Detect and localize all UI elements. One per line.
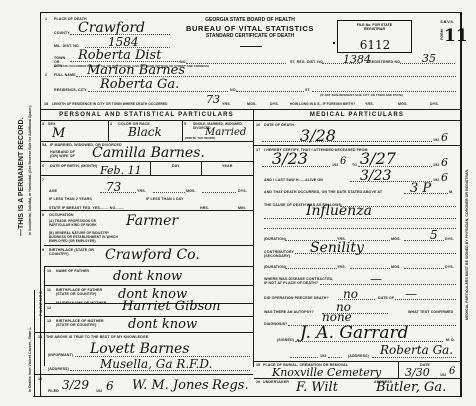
signed-date-line	[290, 357, 318, 358]
margin-medical-note: MEDICAL PARTICULARS MUST BE SIGNED BY PH…	[465, 169, 469, 320]
color-value: Black	[128, 125, 162, 139]
disease-contracted-value: —	[370, 272, 382, 286]
diagnosis-label: DIAGNOSIS?	[264, 322, 287, 326]
burial-top-rule	[254, 361, 460, 362]
physician-address-line	[372, 357, 456, 358]
dob-day-divider	[150, 161, 151, 175]
frame-right	[460, 12, 462, 397]
dob-label: DATE OF BIRTH, (MONTH)	[50, 164, 97, 168]
color-num: 4	[110, 122, 112, 126]
sbvs-label: S.B.V.S.	[435, 20, 459, 24]
father-num: 10	[47, 269, 51, 273]
operation-value: no	[343, 287, 358, 301]
county-value: Crawford	[78, 20, 145, 36]
marital-num: 5	[184, 122, 186, 126]
age-value: 73	[106, 180, 121, 194]
dod-label: DATE OF DEATH	[264, 123, 294, 127]
file-box-label: FILE No. FOR STATE REGISTRAR	[346, 23, 403, 31]
dod-year-label: 192	[433, 138, 439, 142]
filed-registrar: W. M. Jones	[132, 378, 209, 393]
last-saw-value: 3/23	[360, 168, 391, 184]
residence-st-label: ST.	[305, 88, 311, 92]
to-label: TO	[352, 163, 357, 167]
row3-rule	[40, 175, 253, 176]
less-than-1-label: IF LESS THAN 1 DAY	[146, 197, 184, 201]
margin-violent-causes: In Deaths from Violent Causes, State 1.	[28, 327, 32, 392]
mother-num: 12	[47, 306, 51, 310]
from-year-label: 192	[332, 163, 338, 167]
how-long-mos: MOS.	[398, 102, 408, 106]
row2-rule	[40, 161, 253, 162]
section-divider-top	[40, 109, 460, 110]
place-of-death-num: 1	[45, 17, 47, 21]
frame-left-inner	[34, 290, 35, 396]
length-value: 73	[206, 93, 220, 106]
header-line2: BUREAU OF VITAL STATISTICS	[180, 24, 320, 33]
filed-year: 6	[106, 379, 114, 393]
certify-num: 17	[256, 148, 260, 152]
last-saw-year-label: 192	[433, 178, 439, 182]
section-vertical-divider	[253, 109, 254, 367]
sex-divider	[108, 120, 109, 141]
age-mos-label: MOS.	[186, 189, 196, 193]
residence-note: (IF NOT NON-RESIDENT GIVE CITY OR TOWN A…	[320, 93, 403, 97]
undertaker-address-value: Butler, Ga.	[376, 380, 446, 395]
frame-left	[40, 12, 41, 397]
how-long-dys: DYS.	[430, 102, 439, 106]
signature: J. A. Garrard	[300, 323, 409, 343]
age-num: 7	[42, 178, 44, 182]
undertaker-value: F. Wilt	[296, 380, 338, 395]
row4-rule	[40, 210, 253, 211]
death-time-value: 3 P	[410, 181, 431, 196]
age-label: AGE	[49, 189, 57, 193]
medical-header-rule	[254, 120, 460, 121]
death-occurred-label: AND THAT DEATH OCCURRED, ON THE DATE STA…	[264, 190, 382, 194]
date-of-label: DATE OF	[378, 296, 394, 300]
informant-label: (INFORMANT)	[48, 353, 73, 357]
burial-year: 6	[449, 366, 455, 377]
death-time-m-label: M.	[449, 190, 453, 194]
operation-label: DID OPERATION PRECEDE DEATH?	[264, 296, 329, 300]
length-label: LENGTH OF RESIDENCE IN CITY OR TOWN WHER…	[52, 102, 168, 106]
attended-to-value: 3/27	[360, 149, 396, 168]
to-year: 6	[441, 156, 448, 169]
informant-num: 14	[38, 335, 42, 339]
burial-rule	[254, 378, 460, 379]
last-saw-year: 6	[441, 171, 448, 184]
informant-rule	[34, 374, 253, 375]
town-value: Roberta Dist	[78, 48, 161, 63]
cause-line-3	[264, 228, 456, 229]
sex-num: 3	[42, 122, 44, 126]
age-mos-line	[153, 192, 185, 193]
contributory-value: Senility	[310, 240, 364, 256]
industry-label: (b) GENERAL NATURE OF INDUSTRY BUSINESS …	[49, 231, 121, 243]
father-label: NAME OF FATHER	[56, 269, 89, 273]
filed-num: 15	[38, 377, 42, 381]
how-long-label: HOW LONG IN U.S., IF FOREIGN BIRTH?	[290, 102, 355, 106]
attended-from-value: 3/23	[272, 149, 308, 168]
margin-permanent-record: —THIS IS A PERMANENT RECORD.	[18, 118, 25, 237]
file-number: 6112	[353, 38, 397, 52]
duration2-yrs-label: YRS.	[337, 265, 346, 269]
frame-bottom	[33, 396, 461, 397]
margin-instruction: in Accidental, Suicidal, or Homicidal. (…	[28, 106, 32, 235]
length-dys-label: DYS.	[270, 102, 279, 106]
undertaker-num: 20	[256, 380, 260, 384]
duration-dys-line	[404, 240, 444, 241]
dod-rule	[254, 145, 460, 146]
full-name-num: 2	[45, 73, 47, 77]
mother-bp-label: BIRTHPLACE OF MOTHER (STATE OR COUNTRY)	[56, 319, 111, 327]
dob-num: 6	[42, 164, 44, 168]
county-label: COUNTY	[54, 31, 70, 35]
physician-address-label: (ADDRESS)	[348, 354, 369, 358]
mil-dist-label: MIL. DIST. NO.	[54, 44, 80, 48]
res-no-line	[236, 91, 304, 92]
undertaker-label: UNDERTAKER	[263, 380, 289, 384]
father-value: dont know	[113, 269, 182, 284]
burial-year-label: 192	[440, 373, 446, 377]
registered-no-label: REGISTERED No.	[369, 60, 401, 64]
duration-dys-label: DYS.	[445, 237, 454, 241]
informant-address-value: Musella, Ga R.F.D.	[100, 357, 212, 371]
filed-date: 3/29	[62, 378, 89, 392]
age-dys-label: DYS.	[238, 189, 247, 193]
spouse-label2: HUSBAND OF (OR) WIFE OF	[50, 150, 78, 158]
mother-bp-rule	[34, 332, 253, 333]
dod-num: 16	[256, 123, 260, 127]
autopsy-label: WAS THERE AN AUTOPSY?	[264, 310, 314, 314]
dod-year: 6	[441, 131, 448, 144]
length-num: 18	[44, 102, 48, 106]
mil-dist-value: 1584	[108, 35, 139, 49]
disease-contracted-line	[320, 284, 456, 285]
duration2-dys-label: DYS.	[445, 265, 454, 269]
filed-year-label: 192	[96, 389, 102, 393]
file-box-marker	[333, 42, 335, 44]
mother-bp-value: dont know	[128, 317, 197, 332]
birthplace-label: BIRTHPLACE (STATE OR COUNTRY)	[49, 248, 94, 256]
spouse-num: 5a	[42, 143, 47, 147]
father-bp-label: BIRTHPLACE OF FATHER (STATE OR COUNTRY)	[56, 288, 111, 296]
father-bp-num: 11	[47, 288, 51, 292]
dod-line	[262, 141, 432, 142]
spouse-value: Camilla Barnes.	[92, 145, 205, 161]
registered-no-value: 35	[422, 52, 436, 65]
header-rule	[240, 46, 262, 47]
to-year-label: 192	[433, 163, 439, 167]
header-line3: STANDARD CERTIFICATE OF DEATH	[190, 33, 310, 39]
row6-rule	[44, 266, 253, 267]
trade-label: (a) TRADE, PROFESSION OR PARTICULAR KIND…	[49, 219, 104, 227]
sex-value: M	[52, 126, 65, 141]
father-rule	[44, 285, 253, 286]
filed-label: FILED	[48, 389, 59, 393]
date-of-value: —	[405, 287, 417, 301]
signed-year-label: 192	[320, 354, 326, 358]
medical-section-title: MEDICAL PARTICULARS	[254, 112, 460, 118]
less-than-2-label: IF LESS THAN 2 YEARS	[49, 197, 92, 201]
st-reg-dist-label: ST. REG. DIST. No.	[290, 60, 324, 64]
age-dys-line	[202, 192, 236, 193]
from-year: 6	[340, 156, 346, 167]
form-number: 11	[444, 26, 460, 46]
personal-header-rule	[40, 120, 253, 121]
row5-rule	[44, 245, 253, 246]
duration2-label: (DURATION)	[264, 265, 286, 269]
color-divider	[182, 120, 183, 141]
st-reg-dist-value: 1384	[343, 53, 371, 66]
diagnosis-value: none	[322, 310, 352, 324]
duration2-yrs-line	[285, 268, 337, 269]
full-name-value: Marion Barnes	[87, 63, 185, 78]
res-st-line	[312, 91, 456, 92]
duration-mos-label: MOS.	[391, 237, 401, 241]
burial-date-divider	[398, 361, 399, 378]
birthplace-value: Crawford Co.	[105, 247, 200, 263]
test-confirmed-label: WHAT TEST CONFIRMED	[408, 310, 453, 314]
duration-days-value: 5	[430, 228, 438, 242]
residence-label: RESIDENCE, CITY	[54, 88, 87, 92]
duration2-mos-label: MOS.	[391, 265, 401, 269]
length-yrs-label: YRS.	[222, 102, 231, 106]
dob-year-label: YEAR	[222, 164, 232, 168]
last-saw-label: AND I LAST SAW H......ALIVE ON	[264, 178, 323, 182]
contributory-label: CONTRIBUTORY (SECONDARY)	[264, 250, 294, 258]
birthplace-num: 9	[42, 248, 44, 252]
death-certificate: —THIS IS A PERMANENT RECORD. in Accident…	[0, 0, 476, 406]
informant-address-label: (ADDRESS)	[48, 367, 69, 371]
frame-top	[40, 12, 460, 13]
occupation-num: 8	[42, 213, 44, 217]
duration2-mos-line	[350, 268, 390, 269]
personal-section-title: PERSONAL AND STATISTICAL PARTICULARS	[40, 112, 253, 118]
age-yrs-label: YRS.	[137, 189, 146, 193]
dob-day-label: DAY	[172, 164, 180, 168]
file-number-box: FILE No. FOR STATE REGISTRAR 6112	[337, 20, 412, 53]
occupation-label: OCCUPATION	[49, 213, 74, 217]
informant-statement: THE ABOVE IS TRUE TO THE BEST OF MY KNOW…	[46, 335, 149, 339]
signed-year-line	[328, 357, 342, 358]
informant-value: Lovett Barnes	[90, 341, 189, 357]
row1-rule	[40, 141, 253, 142]
signed-label: (SIGNED)	[277, 338, 294, 342]
mother-label: MAIDEN NAME OF MOTHER	[56, 301, 106, 305]
length-mos-label: MOS.	[247, 102, 257, 106]
residence-value: Roberta Ga.	[100, 77, 179, 92]
duration2-dys-line	[404, 268, 444, 269]
burial-num: 19	[256, 363, 260, 367]
duration-label: (DURATION)	[264, 237, 286, 241]
filed-registrar-suffix: Regs.	[212, 378, 249, 393]
marital-note: (WRITE THE WORD)	[185, 136, 215, 140]
how-long-yrs: YRS.	[365, 102, 374, 106]
dob-year-divider	[201, 161, 202, 175]
cause-value: Influenza	[306, 203, 372, 219]
full-name-label: FULL NAME	[54, 73, 76, 77]
md-label: M. D.	[446, 338, 455, 342]
physician-address-value: Roberta Ga.	[380, 343, 453, 357]
mother-value: Harriet Gibson	[122, 299, 220, 314]
dod-value: 3/28	[300, 126, 336, 145]
mother-bp-num: 13	[47, 319, 51, 323]
trade-value: Farmer	[126, 213, 178, 229]
header-line1: GEORGIA STATE BOARD OF HEALTH	[190, 17, 310, 23]
